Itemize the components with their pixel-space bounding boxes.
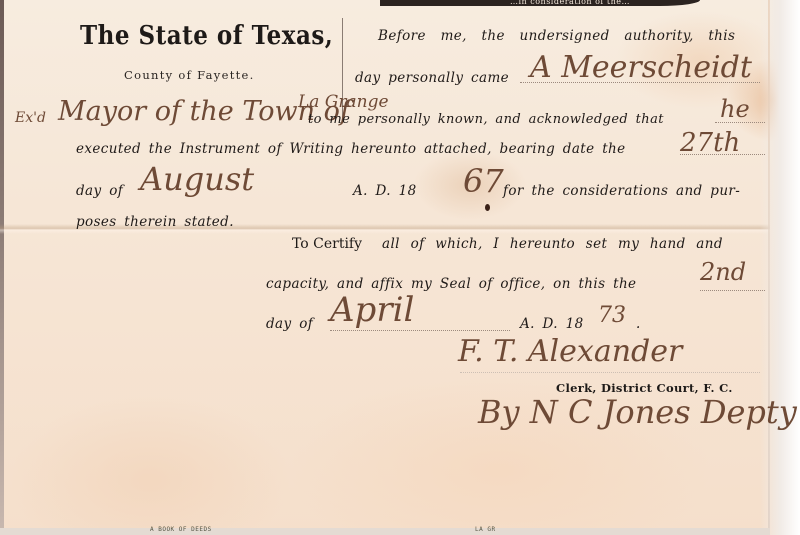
paper-right-edge [760,0,800,535]
bottom-strip-text-1: A BOOK OF DEEDS [150,526,212,533]
printed-line-1: Before me, the undersigned authority, th… [378,28,735,44]
handwritten-cert-year: 73 [598,303,626,328]
top-strip-text: …in consideration of the… [510,0,630,6]
document-title: The State of Texas, [80,20,333,51]
handwritten-instrument-month: August [140,160,254,198]
day-blank-line [680,154,765,155]
printed-line-9-end: . [636,316,641,332]
printed-certify-line: all of which, I hereunto set my hand and [382,236,723,252]
ink-blot [485,204,490,211]
cert-month-blank-line [330,330,510,331]
county-label: County of Fayette. [124,68,255,82]
cert-day-blank-line [700,290,765,291]
pronoun-blank-line [715,122,765,123]
handwritten-person-name: A Meerscheidt [530,50,752,85]
printed-line-8: capacity, and affix my Seal of office, o… [266,276,636,292]
handwritten-cert-month: April [330,290,414,330]
printed-line-5-ad: A. D. 18 [353,183,417,199]
clerk-signature: F. T. Alexander [458,334,682,369]
printed-line-9-ad: A. D. 18 [520,316,584,332]
certify-lead: To Certify [292,236,362,252]
handwritten-pronoun: he [720,95,750,123]
printed-line-4: executed the Instrument of Writing hereu… [76,141,626,157]
bottom-strip-text-2: LA GR [475,526,496,533]
printed-line-6: poses therein stated. [76,214,234,230]
handwritten-margin-note: Ex'd [15,110,46,126]
bottom-strip: A BOOK OF DEEDS LA GR [0,528,770,535]
signature-line [460,372,760,373]
handwritten-instrument-year: 67 [463,162,504,200]
handwritten-cert-day: 2nd [700,258,746,286]
printed-line-5-suffix: for the considerations and pur- [503,183,740,199]
printed-line-2: day personally came [355,70,509,86]
handwritten-town-name: La Grange [298,92,389,112]
printed-line-3: to me personally known, and acknowledged… [308,112,664,127]
deputy-signature: By N C Jones Depty [478,393,797,431]
printed-line-9-prefix: day of [266,316,313,332]
paper-left-edge [0,0,4,535]
printed-line-5-prefix: day of [76,183,123,199]
